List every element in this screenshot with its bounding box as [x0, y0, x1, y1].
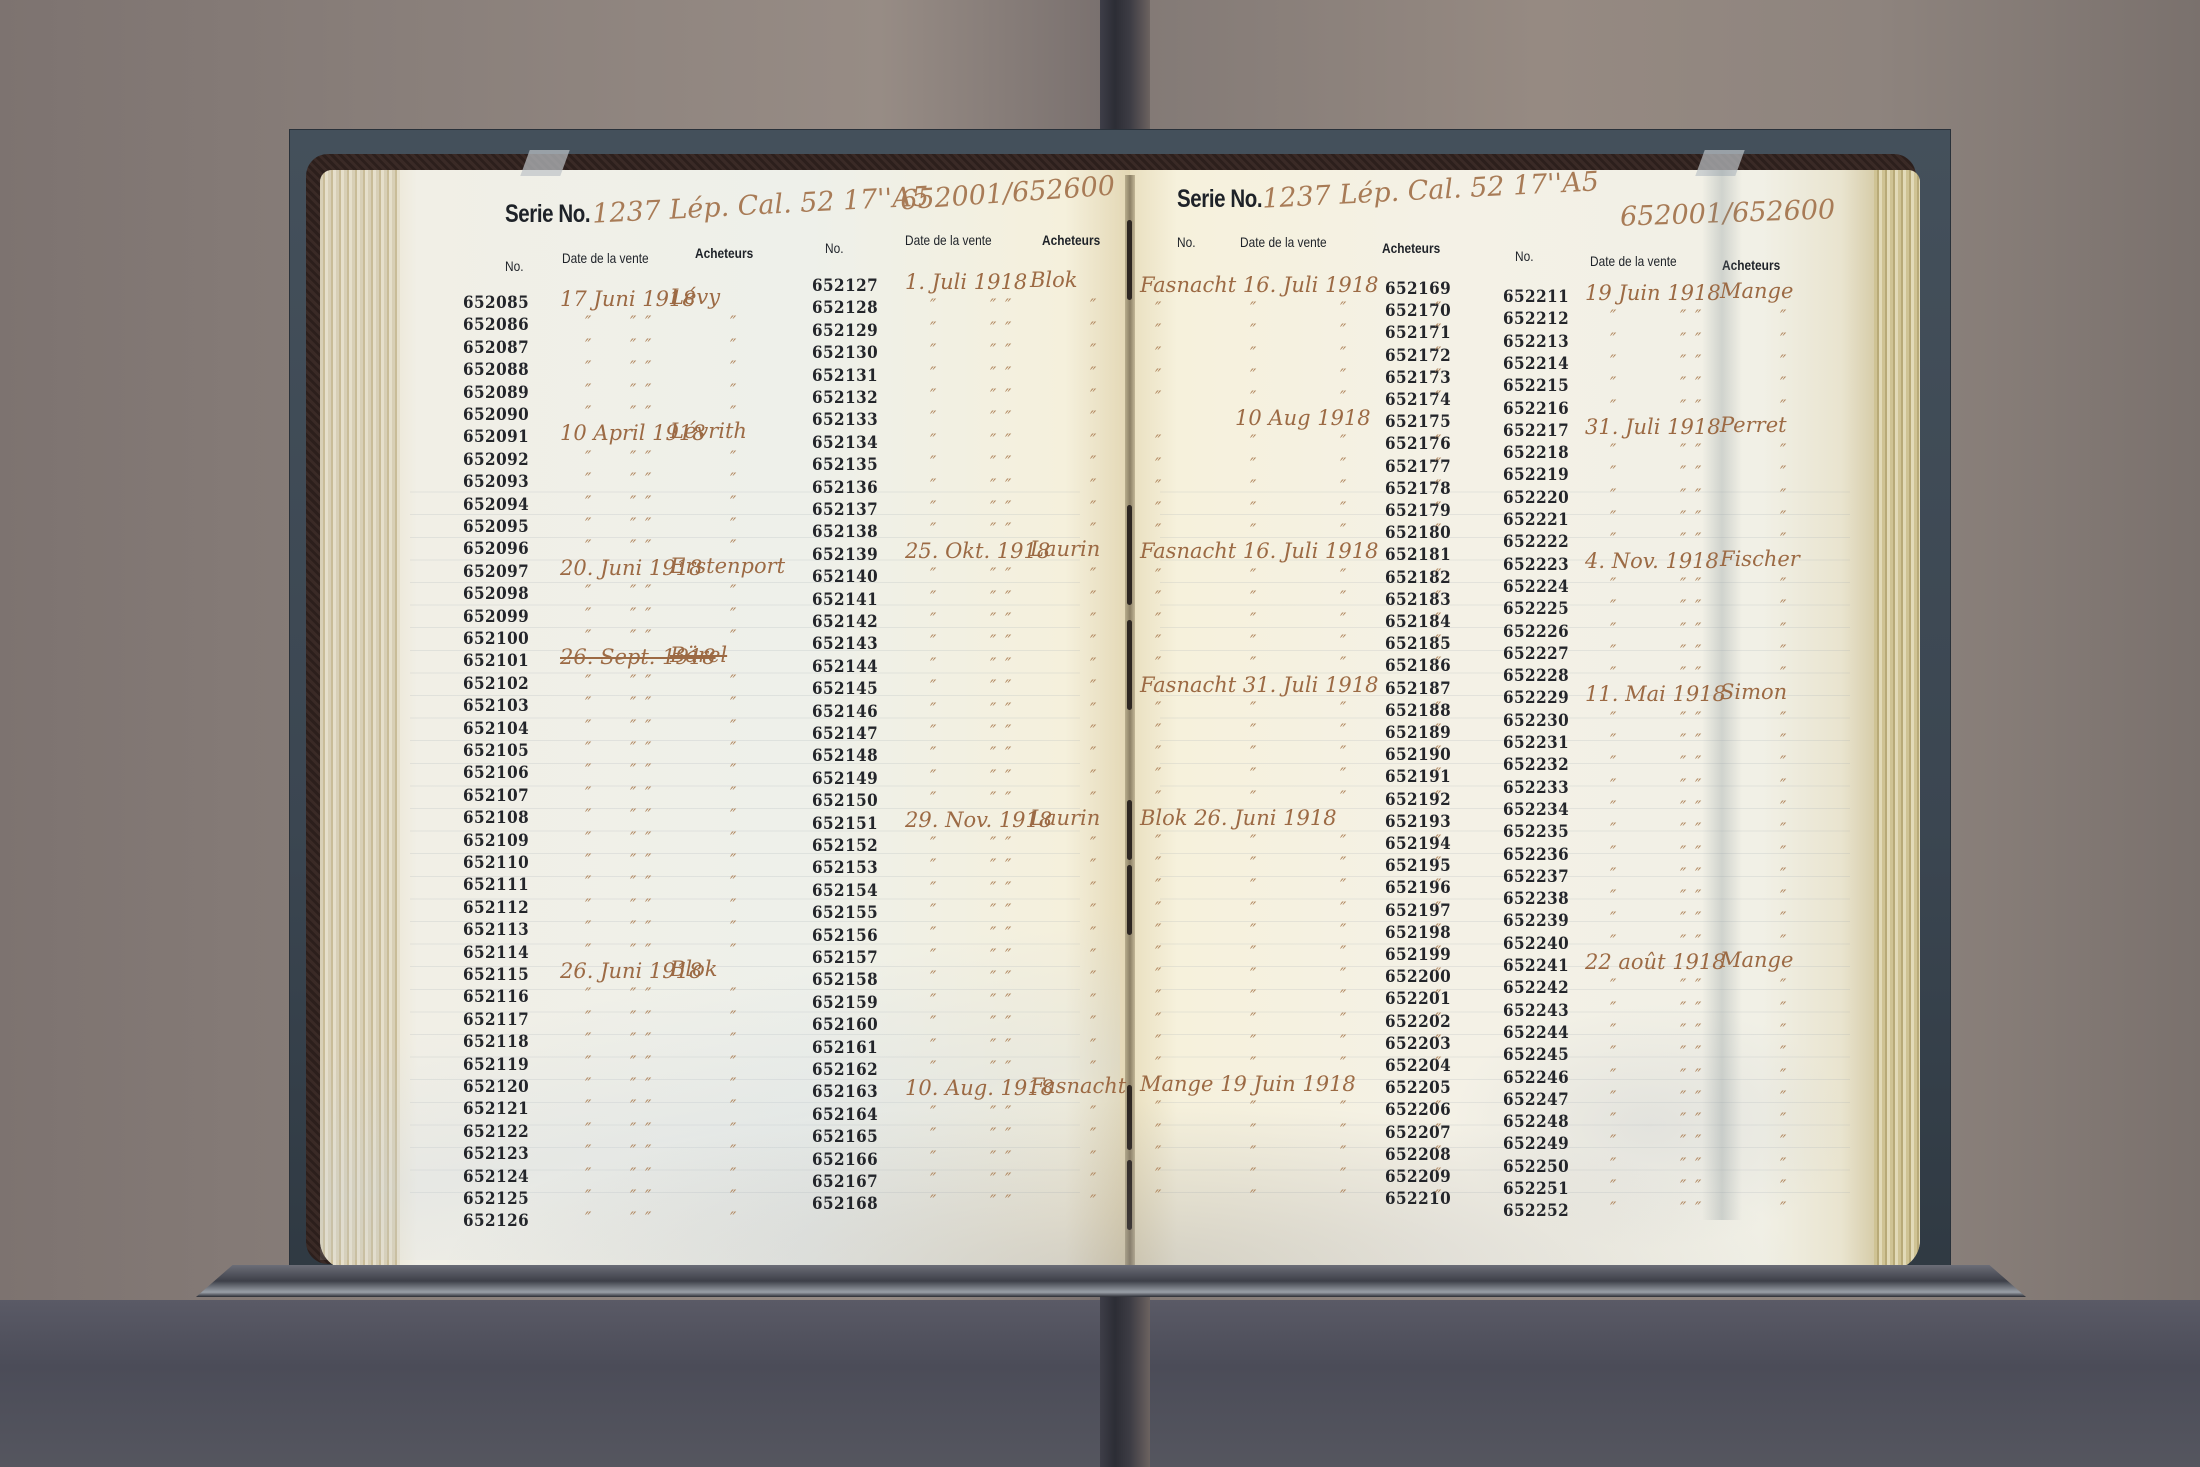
- ditto-mark: ″: [990, 924, 996, 944]
- ditto-mark: ″: [990, 431, 996, 451]
- ditto-mark: ″: [1155, 1121, 1161, 1141]
- ledger-row: 652202: [1385, 1012, 1457, 1034]
- ditto-mark: ″: [645, 739, 651, 759]
- ditto-mark: ″: [990, 1192, 996, 1212]
- ditto-mark: ″: [1340, 299, 1346, 319]
- ledger-row: 652149: [812, 769, 884, 791]
- ditto-mark: ″: [630, 1030, 636, 1050]
- serial-number: 652130: [812, 343, 878, 362]
- ditto-mark: ″: [1435, 1143, 1441, 1163]
- serial-number: 652115: [463, 965, 529, 984]
- ditto-mark: ″: [1090, 341, 1096, 361]
- serial-number: 652250: [1503, 1157, 1569, 1176]
- handwritten-entry: Fasnacht 16. Juli 1918: [1140, 539, 1378, 563]
- ditto-mark: ″: [645, 1142, 651, 1162]
- ditto-mark: ″: [990, 1013, 996, 1033]
- col-buyer-header: Acheteurs: [695, 245, 753, 261]
- ditto-mark: ″: [1090, 296, 1096, 316]
- handwritten-buyer: Laurin: [1030, 806, 1100, 830]
- ledger-row: 652160: [812, 1015, 884, 1037]
- ditto-mark: ″: [990, 879, 996, 899]
- ditto-mark: ″: [630, 896, 636, 916]
- ditto-mark: ″: [1680, 1088, 1686, 1108]
- ledger-row: 652135: [812, 455, 884, 477]
- ditto-mark: ″: [1780, 798, 1786, 818]
- ditto-mark: ″: [1005, 588, 1011, 608]
- ledger-row: 652234: [1503, 800, 1575, 822]
- ditto-mark: ″: [630, 717, 636, 737]
- ditto-mark: ″: [1005, 1103, 1011, 1123]
- ledger-row: 652120: [463, 1077, 535, 1099]
- ditto-mark: ″: [990, 1058, 996, 1078]
- ditto-mark: ″: [1250, 566, 1256, 586]
- ditto-mark: ″: [1435, 1121, 1441, 1141]
- serial-number: 652161: [812, 1038, 878, 1057]
- ledger-row: 652166: [812, 1150, 884, 1172]
- ditto-mark: ″: [630, 515, 636, 535]
- ditto-mark: ″: [630, 1008, 636, 1028]
- ditto-mark: ″: [1695, 530, 1701, 550]
- ditto-mark: ″: [1610, 976, 1616, 996]
- serial-number: 652216: [1503, 399, 1569, 418]
- ditto-mark: ″: [585, 627, 591, 647]
- serial-number: 652129: [812, 321, 878, 340]
- serial-number: 652165: [812, 1127, 878, 1146]
- ledger-row: 652177: [1385, 457, 1457, 479]
- ditto-mark: ″: [1680, 1043, 1686, 1063]
- ditto-mark: ″: [1435, 1032, 1441, 1052]
- ledger-row: 652240: [1503, 934, 1575, 956]
- ditto-mark: ″: [1610, 374, 1616, 394]
- ditto-mark: ″: [1780, 909, 1786, 929]
- ditto-mark: ″: [1610, 1021, 1616, 1041]
- ditto-mark: ″: [585, 493, 591, 513]
- ledger-row: 652126: [463, 1211, 535, 1233]
- ledger-row: 652133: [812, 410, 884, 432]
- ditto-mark: ″: [1005, 1170, 1011, 1190]
- ditto-mark: ″: [630, 1209, 636, 1229]
- ditto-mark: ″: [1680, 530, 1686, 550]
- ditto-mark: ″: [1695, 1155, 1701, 1175]
- binding-thread: [1127, 1085, 1132, 1150]
- col-no-header: No.: [825, 240, 844, 256]
- ditto-mark: ″: [1780, 307, 1786, 327]
- ditto-mark: ″: [1005, 968, 1011, 988]
- ditto-mark: ″: [645, 784, 651, 804]
- ledger-row: 652182: [1385, 568, 1457, 590]
- serial-number: 652193: [1385, 812, 1451, 831]
- ditto-mark: ″: [730, 1053, 736, 1073]
- ditto-mark: ″: [1780, 1132, 1786, 1152]
- ledger-row: 652143: [812, 634, 884, 656]
- ditto-mark: ″: [630, 918, 636, 938]
- ditto-mark: ″: [1435, 432, 1441, 452]
- col-date-header: Date de la vente: [562, 250, 649, 266]
- serial-number: 652091: [463, 427, 529, 446]
- ledger-row: 652100: [463, 629, 535, 651]
- ditto-mark: ″: [930, 879, 936, 899]
- ditto-mark: ″: [730, 1030, 736, 1050]
- ditto-mark: ″: [1780, 1066, 1786, 1086]
- ditto-mark: ″: [1435, 521, 1441, 541]
- ditto-mark: ″: [1250, 921, 1256, 941]
- ditto-mark: ″: [585, 403, 591, 423]
- ditto-mark: ″: [1250, 854, 1256, 874]
- ditto-mark: ″: [1435, 499, 1441, 519]
- ditto-mark: ″: [630, 873, 636, 893]
- ditto-mark: ″: [1680, 575, 1686, 595]
- ditto-mark: ″: [1695, 575, 1701, 595]
- serial-number: 652241: [1503, 956, 1569, 975]
- serial-number: 652145: [812, 679, 878, 698]
- ditto-mark: ″: [1610, 731, 1616, 751]
- ditto-mark: ″: [990, 1125, 996, 1145]
- ditto-mark: ″: [1435, 832, 1441, 852]
- ditto-mark: ″: [1435, 388, 1441, 408]
- ditto-mark: ″: [1780, 1155, 1786, 1175]
- serial-number: 652087: [463, 338, 529, 357]
- ditto-mark: ″: [585, 806, 591, 826]
- ditto-mark: ″: [1610, 1132, 1616, 1152]
- ditto-mark: ″: [1435, 588, 1441, 608]
- ditto-mark: ″: [1005, 364, 1011, 384]
- ditto-mark: ″: [1340, 876, 1346, 896]
- ditto-mark: ″: [1610, 798, 1616, 818]
- ditto-mark: ″: [1680, 664, 1686, 684]
- ditto-mark: ″: [1155, 1054, 1161, 1074]
- serial-number: 652154: [812, 881, 878, 900]
- ditto-mark: ″: [1695, 463, 1701, 483]
- ledger-row: 652200: [1385, 967, 1457, 989]
- ledger-row: 652250: [1503, 1157, 1575, 1179]
- ledger-row: 652251: [1503, 1179, 1575, 1201]
- ditto-mark: ″: [1695, 731, 1701, 751]
- ledger-row: 652103: [463, 696, 535, 718]
- ditto-mark: ″: [630, 493, 636, 513]
- ditto-mark: ″: [630, 806, 636, 826]
- ditto-mark: ″: [1780, 374, 1786, 394]
- serial-number: 652252: [1503, 1201, 1569, 1220]
- ditto-mark: ″: [1090, 968, 1096, 988]
- ditto-mark: ″: [730, 358, 736, 378]
- ditto-mark: ″: [990, 655, 996, 675]
- ledger-row: 652098: [463, 584, 535, 606]
- serial-number: 652149: [812, 769, 878, 788]
- ditto-mark: ″: [1340, 743, 1346, 763]
- ditto-mark: ″: [1340, 699, 1346, 719]
- ledger-row: 652195: [1385, 856, 1457, 878]
- ditto-mark: ″: [1250, 455, 1256, 475]
- ditto-mark: ″: [930, 588, 936, 608]
- ditto-mark: ″: [1435, 566, 1441, 586]
- serie-label-left: Serie No.: [505, 200, 590, 229]
- serial-number: 652088: [463, 360, 529, 379]
- ditto-mark: ″: [630, 336, 636, 356]
- ditto-mark: ″: [730, 896, 736, 916]
- ditto-mark: ″: [1005, 520, 1011, 540]
- ditto-mark: ″: [645, 1053, 651, 1073]
- ditto-mark: ″: [1090, 1125, 1096, 1145]
- handwritten-entry: Blok 26. Juni 1918: [1140, 806, 1337, 830]
- ditto-mark: ″: [1340, 654, 1346, 674]
- ditto-mark: ″: [1155, 588, 1161, 608]
- serial-number: 652144: [812, 657, 878, 676]
- ditto-mark: ″: [1610, 1043, 1616, 1063]
- ditto-mark: ″: [585, 873, 591, 893]
- ditto-mark: ″: [930, 744, 936, 764]
- ledger-row: 652111: [463, 875, 535, 897]
- ledger-row: 652238: [1503, 889, 1575, 911]
- serial-number: 652226: [1503, 622, 1569, 641]
- ditto-mark: ″: [1610, 307, 1616, 327]
- ditto-mark: ″: [930, 789, 936, 809]
- ledger-row: 652199: [1385, 945, 1457, 967]
- serial-number: 652230: [1503, 711, 1569, 730]
- serial-number: 652247: [1503, 1090, 1569, 1109]
- handwritten-entry: Mange 19 Juin 1918: [1140, 1072, 1356, 1096]
- handwritten-entry: Fasnacht 31. Juli 1918: [1140, 673, 1378, 697]
- ledger-row: 652137: [812, 500, 884, 522]
- serial-number: 652251: [1503, 1179, 1569, 1198]
- serial-number: 652142: [812, 612, 878, 631]
- ditto-mark: ″: [1340, 321, 1346, 341]
- serial-number: 652240: [1503, 934, 1569, 953]
- ditto-mark: ″: [1155, 321, 1161, 341]
- ditto-mark: ″: [730, 470, 736, 490]
- serial-number: 652099: [463, 607, 529, 626]
- ditto-mark: ″: [1155, 699, 1161, 719]
- ditto-mark: ″: [1680, 999, 1686, 1019]
- ditto-mark: ″: [1340, 987, 1346, 1007]
- serial-number: 652227: [1503, 644, 1569, 663]
- ditto-mark: ″: [1250, 388, 1256, 408]
- ledger-row: 652230: [1503, 711, 1575, 733]
- serial-number: 652164: [812, 1105, 878, 1124]
- ditto-mark: ″: [1155, 765, 1161, 785]
- ledger-row: 652163: [812, 1082, 884, 1104]
- ledger-row: 652107: [463, 786, 535, 808]
- ledger-row: 652164: [812, 1105, 884, 1127]
- ditto-mark: ″: [1090, 498, 1096, 518]
- serial-number: 652213: [1503, 332, 1569, 351]
- handwritten-date: 25. Okt. 1918: [905, 539, 1050, 563]
- serial-number: 652147: [812, 724, 878, 743]
- ditto-mark: ″: [1005, 879, 1011, 899]
- serial-number: 652148: [812, 746, 878, 765]
- ledger-row: 652191: [1385, 767, 1457, 789]
- serial-number: 652103: [463, 696, 529, 715]
- ledger-row: 652243: [1503, 1001, 1575, 1023]
- ditto-mark: ″: [1340, 1165, 1346, 1185]
- ditto-mark: ″: [930, 565, 936, 585]
- ditto-mark: ″: [1250, 499, 1256, 519]
- ditto-mark: ″: [990, 476, 996, 496]
- ditto-mark: ″: [1610, 909, 1616, 929]
- ditto-mark: ″: [630, 1075, 636, 1095]
- handwritten-buyer: Blok: [1030, 268, 1078, 292]
- ditto-mark: ″: [1780, 731, 1786, 751]
- ditto-mark: ″: [1610, 664, 1616, 684]
- ditto-mark: ″: [1610, 753, 1616, 773]
- ditto-mark: ″: [585, 605, 591, 625]
- ditto-mark: ″: [1250, 832, 1256, 852]
- ditto-mark: ″: [1090, 856, 1096, 876]
- col-buyer-header: Acheteurs: [1382, 240, 1440, 256]
- ditto-mark: ″: [730, 985, 736, 1005]
- ditto-mark: ″: [1610, 932, 1616, 952]
- ditto-mark: ″: [585, 739, 591, 759]
- ditto-mark: ″: [730, 627, 736, 647]
- ditto-mark: ″: [730, 873, 736, 893]
- ditto-mark: ″: [1780, 352, 1786, 372]
- handwritten-buyer: Laurin: [1030, 537, 1100, 561]
- ditto-mark: ″: [1155, 788, 1161, 808]
- serial-number: 652138: [812, 522, 878, 541]
- ditto-mark: ″: [1155, 566, 1161, 586]
- ditto-mark: ″: [585, 1053, 591, 1073]
- ditto-mark: ″: [990, 453, 996, 473]
- serial-number: 652220: [1503, 488, 1569, 507]
- ditto-mark: ″: [1250, 477, 1256, 497]
- ditto-mark: ″: [730, 829, 736, 849]
- ditto-mark: ″: [585, 470, 591, 490]
- ledger-row: 652239: [1503, 911, 1575, 933]
- ditto-mark: ″: [1155, 344, 1161, 364]
- ledger-row: 652242: [1503, 978, 1575, 1000]
- ditto-mark: ″: [1090, 610, 1096, 630]
- ditto-mark: ″: [630, 1053, 636, 1073]
- ditto-mark: ″: [1780, 1088, 1786, 1108]
- ditto-mark: ″: [1780, 441, 1786, 461]
- ditto-mark: ″: [1610, 330, 1616, 350]
- ditto-mark: ″: [1780, 597, 1786, 617]
- ditto-mark: ″: [630, 448, 636, 468]
- ditto-mark: ″: [1610, 1177, 1616, 1197]
- ditto-mark: ″: [1005, 744, 1011, 764]
- ledger-row: 652236: [1503, 845, 1575, 867]
- ledger-row: 652225: [1503, 599, 1575, 621]
- ledger-row: 652218: [1503, 443, 1575, 465]
- ditto-mark: ″: [730, 1142, 736, 1162]
- ditto-mark: ″: [990, 991, 996, 1011]
- ditto-mark: ″: [585, 1075, 591, 1095]
- ditto-mark: ″: [1090, 476, 1096, 496]
- ditto-mark: ″: [1090, 991, 1096, 1011]
- ditto-mark: ″: [1340, 921, 1346, 941]
- ditto-mark: ″: [1005, 453, 1011, 473]
- ditto-mark: ″: [1680, 620, 1686, 640]
- ditto-mark: ″: [990, 319, 996, 339]
- handwritten-buyer: Erstenport: [670, 554, 785, 578]
- ledger-row: 652089: [463, 383, 535, 405]
- ledger-row: 652168: [812, 1194, 884, 1216]
- ditto-mark: ″: [930, 722, 936, 742]
- ditto-mark: ″: [630, 761, 636, 781]
- ditto-mark: ″: [1435, 610, 1441, 630]
- ditto-mark: ″: [645, 851, 651, 871]
- ditto-mark: ″: [730, 1008, 736, 1028]
- ditto-mark: ″: [1005, 610, 1011, 630]
- ditto-mark: ″: [930, 1013, 936, 1033]
- ditto-mark: ″: [1680, 1199, 1686, 1219]
- ditto-mark: ″: [730, 761, 736, 781]
- serial-number: 652097: [463, 562, 529, 581]
- ledger-row: 652151: [812, 814, 884, 836]
- ditto-mark: ″: [1435, 699, 1441, 719]
- handwritten-date: 19 Juin 1918: [1585, 281, 1721, 305]
- ditto-mark: ″: [645, 761, 651, 781]
- serial-number: 652140: [812, 567, 878, 586]
- serial-number: 652108: [463, 808, 529, 827]
- ditto-mark: ″: [990, 968, 996, 988]
- ditto-mark: ″: [990, 677, 996, 697]
- ditto-mark: ″: [1090, 946, 1096, 966]
- serial-number: 652151: [812, 814, 878, 833]
- ditto-mark: ″: [1435, 654, 1441, 674]
- ditto-mark: ″: [1780, 1043, 1786, 1063]
- ditto-mark: ″: [630, 470, 636, 490]
- ditto-mark: ″: [1340, 1054, 1346, 1074]
- ledger-row: 652158: [812, 970, 884, 992]
- serial-number: 652217: [1503, 421, 1569, 440]
- ditto-mark: ″: [1155, 1143, 1161, 1163]
- ditto-mark: ″: [1340, 899, 1346, 919]
- serial-number: 652153: [812, 858, 878, 877]
- col-date-header: Date de la vente: [905, 232, 992, 248]
- handwritten-entry: 10 Aug 1918: [1235, 406, 1371, 430]
- ditto-mark: ″: [1695, 597, 1701, 617]
- ledger-row: 652245: [1503, 1045, 1575, 1067]
- ditto-mark: ″: [1435, 876, 1441, 896]
- ditto-mark: ″: [1680, 441, 1686, 461]
- ditto-mark: ″: [1155, 1098, 1161, 1118]
- ledger-row: 652196: [1385, 878, 1457, 900]
- binding-thread: [1127, 505, 1132, 605]
- serial-number: 652243: [1503, 1001, 1569, 1020]
- ditto-mark: ″: [645, 829, 651, 849]
- col-buyer-header: Acheteurs: [1722, 257, 1780, 273]
- ditto-mark: ″: [1250, 899, 1256, 919]
- ditto-mark: ″: [1005, 789, 1011, 809]
- ditto-mark: ″: [1680, 776, 1686, 796]
- ditto-mark: ″: [630, 313, 636, 333]
- ditto-mark: ″: [1005, 632, 1011, 652]
- serial-number: 652134: [812, 433, 878, 452]
- ditto-mark: ″: [645, 627, 651, 647]
- ditto-mark: ″: [630, 1142, 636, 1162]
- ledger-row: 652197: [1385, 901, 1457, 923]
- ledger-row: 652233: [1503, 778, 1575, 800]
- ditto-mark: ″: [1250, 654, 1256, 674]
- ledger-row: 652105: [463, 741, 535, 763]
- ledger-row: 652189: [1385, 723, 1457, 745]
- ditto-mark: ″: [990, 408, 996, 428]
- ditto-mark: ″: [1680, 1132, 1686, 1152]
- page-edges-left: [320, 170, 400, 1270]
- ditto-mark: ″: [1435, 632, 1441, 652]
- ditto-mark: ″: [645, 470, 651, 490]
- ditto-mark: ″: [1695, 397, 1701, 417]
- ditto-mark: ″: [645, 1165, 651, 1185]
- ditto-mark: ″: [1610, 441, 1616, 461]
- ditto-mark: ″: [1250, 965, 1256, 985]
- ditto-mark: ″: [1090, 431, 1096, 451]
- serial-number: 652094: [463, 495, 529, 514]
- ledger-row: 652136: [812, 478, 884, 500]
- ditto-mark: ″: [1780, 463, 1786, 483]
- ledger-row: 652221: [1503, 510, 1575, 532]
- ditto-mark: ″: [1610, 352, 1616, 372]
